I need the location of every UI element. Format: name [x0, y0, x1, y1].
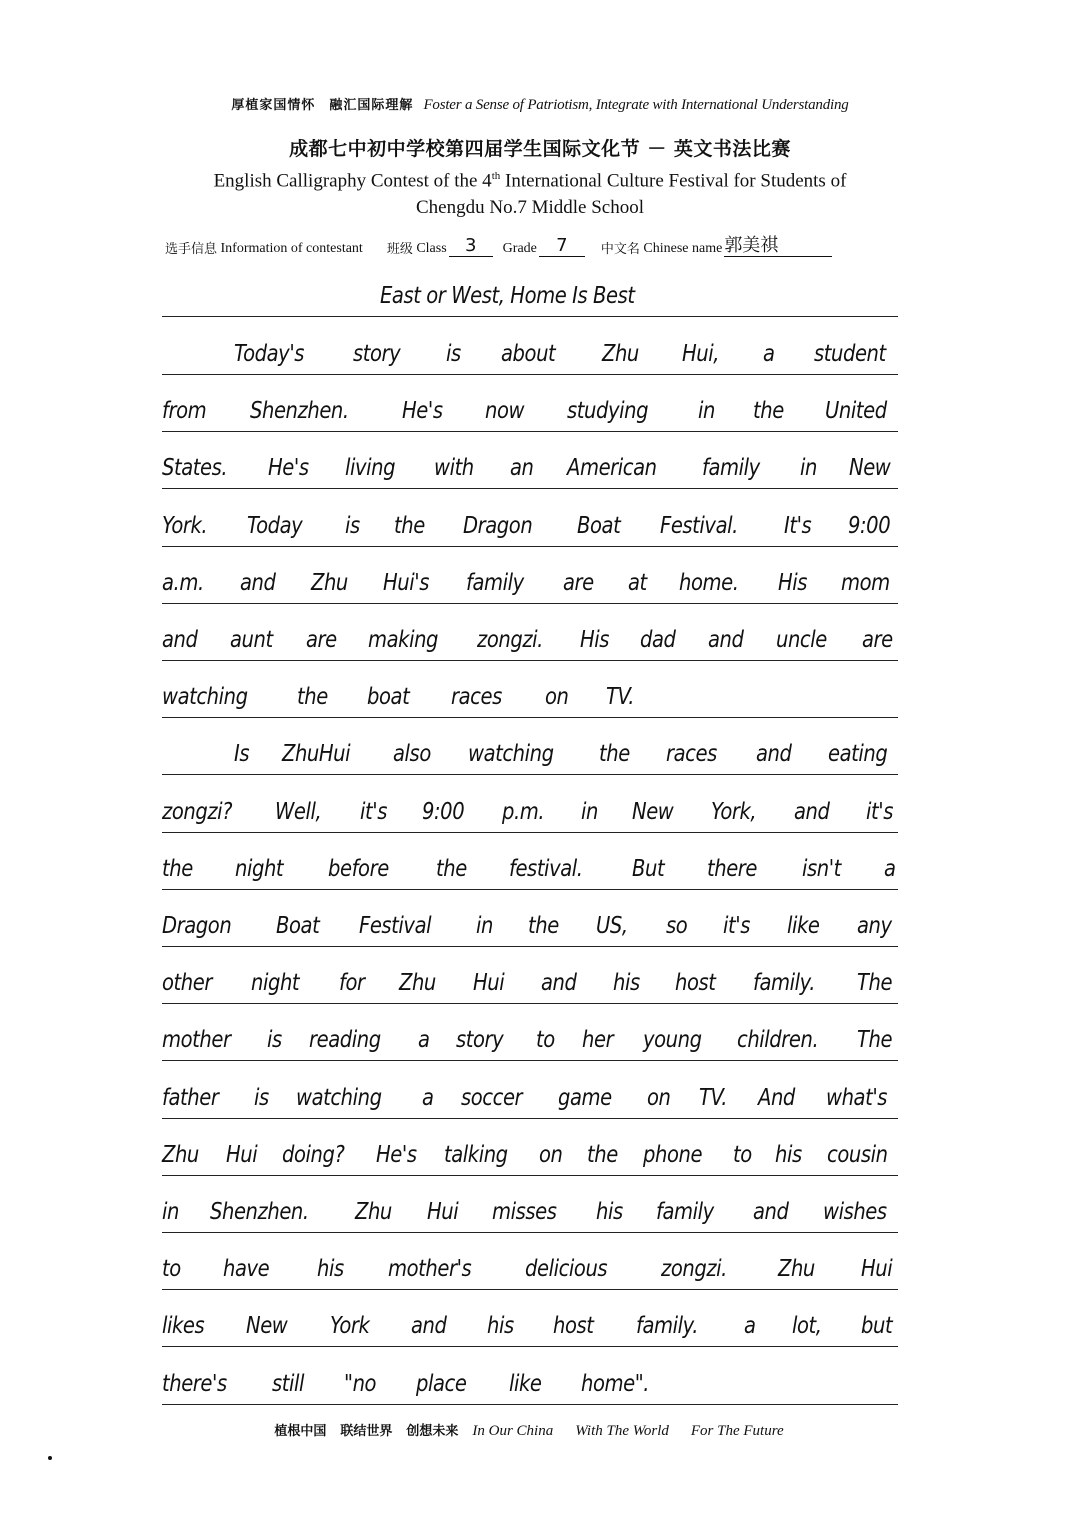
essay-word: His [580, 620, 609, 660]
essay-word: likes [162, 1306, 204, 1346]
contest-title-en: English Calligraphy Contest of the 4th I… [170, 163, 890, 221]
title-en-sup: th [492, 170, 501, 182]
paper-speck [48, 1456, 52, 1460]
essay-word: "no [344, 1364, 376, 1404]
essay-line: DragonBoatFestivalintheUS,soit'slikeany [162, 906, 898, 947]
essay-word: He's [402, 391, 443, 431]
essay-word: Dragon [162, 906, 231, 946]
essay-word: and [708, 620, 744, 660]
essay-word: 9:00 [422, 792, 464, 832]
info-label-en: Information of contestant [221, 241, 363, 257]
essay-word: TV. [606, 677, 634, 717]
essay-word: a [744, 1306, 756, 1346]
essay-word: the [753, 391, 784, 431]
essay-word: also [393, 734, 431, 774]
essay-word: at [628, 563, 647, 603]
essay-line: thenightbeforethefestival.Butthereisn'ta [162, 849, 898, 890]
essay-word: there [707, 849, 757, 889]
essay-word: York, [711, 792, 756, 832]
essay-line: watchingtheboatracesonTV. [162, 677, 898, 718]
essay-line: zongzi?Well,it's9:00p.m.inNewYork,andit'… [162, 792, 898, 833]
footer-cn-3: 创想未来 [406, 1424, 458, 1439]
essay-word: in [162, 1192, 179, 1232]
essay-word: family [656, 1192, 714, 1232]
title-en-part1: English Calligraphy Contest of the 4 [214, 170, 492, 191]
essay-word: New [849, 448, 890, 488]
essay-word: like [509, 1364, 542, 1404]
essay-word: Zhu [602, 334, 639, 374]
essay-word: are [862, 620, 893, 660]
footer-en-1: In Our China [472, 1423, 553, 1439]
essay-line: York.TodayistheDragonBoatFestival.It's9:… [162, 506, 898, 547]
essay-word: But [632, 849, 664, 889]
essay-word: American [567, 448, 657, 488]
essay-word: for [339, 963, 365, 1003]
essay-word: races [666, 734, 717, 774]
essay-word: have [223, 1249, 269, 1289]
essay-word: family. [753, 963, 815, 1003]
essay-word: the [162, 849, 193, 889]
essay-word: a [418, 1020, 430, 1060]
essay-line: fromShenzhen.He'snowstudyingintheUnited [162, 391, 898, 432]
essay-word: father [162, 1078, 218, 1118]
essay-word: studying [567, 391, 648, 431]
essay-word: Boat [276, 906, 319, 946]
essay-word: York. [162, 506, 207, 546]
essay-word: Festival [359, 906, 431, 946]
essay-word: and [240, 563, 276, 603]
essay-word: and [753, 1192, 789, 1232]
essay-title: East or West, Home Is Best [380, 276, 635, 316]
essay-word: Today [247, 506, 302, 546]
essay-word: his [613, 963, 640, 1003]
essay-word: her [582, 1020, 613, 1060]
essay-word: from [162, 391, 206, 431]
essay-word: there's [162, 1364, 227, 1404]
motto-en: Foster a Sense of Patriotism, Integrate … [423, 97, 848, 113]
essay-word: reading [309, 1020, 381, 1060]
essay-word: Hui [473, 963, 504, 1003]
essay-word: Hui [226, 1135, 257, 1175]
essay-line: Today'sstoryisaboutZhuHui,astudent [162, 334, 898, 375]
essay-word: family. [636, 1306, 698, 1346]
essay-word: The [857, 1020, 892, 1060]
essay-word: and [756, 734, 792, 774]
essay-word: Shenzhen. [210, 1192, 309, 1232]
essay-word: Zhu [778, 1249, 815, 1289]
essay-word: any [857, 906, 892, 946]
essay-line: othernightforZhuHuiandhishostfamily.The [162, 963, 898, 1004]
essay-word: it's [723, 906, 750, 946]
essay-word: host [553, 1306, 594, 1346]
essay-word: on [539, 1135, 563, 1175]
essay-word: to [733, 1135, 752, 1175]
motto-cn-1: 厚植家国情怀 [231, 98, 315, 113]
essay-word: is [446, 334, 461, 374]
essay-word: home. [679, 563, 739, 603]
contestant-info: 选手信息 Information of contestant 班级 Class … [165, 236, 900, 257]
essay-word: night [235, 849, 283, 889]
essay-word: is [254, 1078, 269, 1118]
essay-word: what's [826, 1078, 887, 1118]
essay-word: in [581, 792, 598, 832]
class-label-en: Class [416, 241, 446, 257]
essay-word: so [666, 906, 687, 946]
essay-line: there'sstill"noplacelikehome". [162, 1364, 898, 1405]
essay-word: it's [866, 792, 893, 832]
essay-word: about [501, 334, 555, 374]
essay-word: before [328, 849, 389, 889]
essay-word: eating [828, 734, 887, 774]
footer-en-3: For The Future [691, 1423, 784, 1439]
essay-word: and [794, 792, 830, 832]
essay-word: p.m. [502, 792, 544, 832]
essay-word: Zhu [355, 1192, 392, 1232]
essay-word: Today's [234, 334, 304, 374]
essay-word: Hui's [383, 563, 429, 603]
essay-word: watching [162, 677, 248, 717]
essay-word: family [466, 563, 524, 603]
essay-word: other [162, 963, 212, 1003]
essay-word: family [702, 448, 760, 488]
essay-word: Zhu [162, 1135, 199, 1175]
essay-word: soccer [461, 1078, 522, 1118]
essay-word: still [272, 1364, 304, 1404]
essay-line: States.He'slivingwithanAmericanfamilyinN… [162, 448, 898, 489]
essay-word: Dragon [463, 506, 532, 546]
essay-word: zongzi. [477, 620, 543, 660]
essay-title-line: East or West, Home Is Best [162, 276, 898, 317]
essay-word: are [563, 563, 594, 603]
essay-word: his [775, 1135, 802, 1175]
essay-word: watching [296, 1078, 382, 1118]
essay-word: children. [737, 1020, 818, 1060]
essay-word: zongzi. [661, 1249, 727, 1289]
essay-word: and [541, 963, 577, 1003]
essay-word: United [825, 391, 887, 431]
essay-word: and [162, 620, 198, 660]
essay-word: mother's [388, 1249, 471, 1289]
name-label-cn: 中文名 [601, 238, 640, 257]
essay-line: a.m.andZhuHui'sfamilyareathome.Hismom [162, 563, 898, 604]
essay-word: watching [468, 734, 554, 774]
header-motto: 厚植家国情怀融汇国际理解Foster a Sense of Patriotism… [0, 94, 1080, 114]
essay-word: on [545, 677, 569, 717]
essay-line: IsZhuHuialsowatchingtheracesandeating [162, 734, 898, 775]
essay-line: ZhuHuidoing?He'stalkingonthephonetohisco… [162, 1135, 898, 1176]
grade-label: Grade [503, 241, 537, 257]
essay-word: with [434, 448, 474, 488]
essay-word: young [643, 1020, 702, 1060]
motto-cn-2: 融汇国际理解 [329, 98, 413, 113]
essay-word: is [345, 506, 360, 546]
title-en-part2: International Culture Festival for Stude… [500, 170, 846, 191]
essay-word: US, [596, 906, 628, 946]
title-en-line2: Chengdu No.7 Middle School [416, 197, 644, 218]
essay-word: a [763, 334, 775, 374]
essay-word: boat [367, 677, 409, 717]
essay-word: to [536, 1020, 555, 1060]
essay-word: to [162, 1249, 181, 1289]
essay-word: Festival. [660, 506, 738, 546]
essay-word: uncle [776, 620, 827, 660]
essay-word: 9:00 [848, 506, 890, 546]
essay-line: likesNewYorkandhishostfamily.alot,but [162, 1306, 898, 1347]
essay-word: And [758, 1078, 795, 1118]
essay-word: is [267, 1020, 282, 1060]
essay-word: his [596, 1192, 623, 1232]
essay-word: it's [360, 792, 387, 832]
essay-line: andauntaremakingzongzi.Hisdadanduncleare [162, 620, 898, 661]
essay-word: in [800, 448, 817, 488]
class-value: 3 [449, 236, 493, 257]
essay-word: doing? [282, 1135, 344, 1175]
essay-word: cousin [827, 1135, 888, 1175]
essay-word: living [345, 448, 395, 488]
essay-word: States. [162, 448, 227, 488]
essay-word: student [814, 334, 886, 374]
essay-word: wishes [823, 1192, 887, 1232]
essay-word: like [787, 906, 820, 946]
essay-word: races [451, 677, 502, 717]
essay-word: He's [376, 1135, 417, 1175]
essay-word: TV. [699, 1078, 727, 1118]
essay-word: dad [640, 620, 676, 660]
essay-word: but [861, 1306, 892, 1346]
essay-word: game [558, 1078, 612, 1118]
essay-word: his [317, 1249, 344, 1289]
essay-word: the [436, 849, 467, 889]
essay-word: a [884, 849, 896, 889]
essay-word: Boat [577, 506, 620, 546]
name-label-en: Chinese name [643, 241, 722, 257]
essay-line: motherisreadingastorytoheryoungchildren.… [162, 1020, 898, 1061]
essay-word: host [675, 963, 716, 1003]
essay-word: Is [234, 734, 249, 774]
essay-word: now [485, 391, 524, 431]
essay-word: Hui, [682, 334, 719, 374]
essay-word: the [297, 677, 328, 717]
essay-line: inShenzhen.ZhuHuimisseshisfamilyandwishe… [162, 1192, 898, 1233]
essay-word: Shenzhen. [250, 391, 349, 431]
footer-en-2: With The World [575, 1423, 669, 1439]
essay-word: a.m. [162, 563, 204, 603]
essay-word: mother [162, 1020, 231, 1060]
essay-word: home". [581, 1364, 649, 1404]
essay-word: Zhu [399, 963, 436, 1003]
essay-word: talking [444, 1135, 508, 1175]
essay-word: lot, [792, 1306, 822, 1346]
footer-cn-1: 植根中国 [274, 1424, 326, 1439]
essay-word: New [632, 792, 673, 832]
essay-line: fatheriswatchingasoccergameonTV.Andwhat'… [162, 1078, 898, 1119]
essay-word: an [510, 448, 534, 488]
info-label-cn: 选手信息 [165, 238, 217, 257]
essay-word: phone [643, 1135, 702, 1175]
essay-word: night [251, 963, 299, 1003]
essay-word: place [416, 1364, 466, 1404]
essay-word: making [368, 620, 438, 660]
class-label-cn: 班级 [387, 238, 413, 257]
essay-word: the [528, 906, 559, 946]
essay-word: and [411, 1306, 447, 1346]
essay-word: He's [268, 448, 309, 488]
essay-word: It's [784, 506, 811, 546]
essay-word: The [857, 963, 892, 1003]
essay-word: the [599, 734, 630, 774]
essay-word: York [330, 1306, 369, 1346]
grade-value: 7 [539, 236, 585, 257]
essay-word: delicious [525, 1249, 607, 1289]
footer-cn-2: 联结世界 [340, 1424, 392, 1439]
essay-word: Hui [427, 1192, 458, 1232]
essay-word: story [456, 1020, 503, 1060]
essay-word: his [487, 1306, 514, 1346]
contest-title-cn: 成都七中初中学校第四届学生国际文化节 － 英文书法比赛 [0, 134, 1080, 161]
essay-word: story [353, 334, 400, 374]
essay-line: tohavehismother'sdeliciouszongzi.ZhuHui [162, 1249, 898, 1290]
essay-word: festival. [509, 849, 583, 889]
essay-word: the [587, 1135, 618, 1175]
essay-word: in [476, 906, 493, 946]
essay-word: Zhu [311, 563, 348, 603]
footer-slogan: 植根中国联结世界创想未来In Our ChinaWith The WorldFo… [0, 1420, 1080, 1440]
essay-word: zongzi? [162, 792, 232, 832]
essay-word: misses [492, 1192, 557, 1232]
essay-word: a [422, 1078, 434, 1118]
essay-word: the [394, 506, 425, 546]
essay-word: aunt [230, 620, 273, 660]
essay-word: in [698, 391, 715, 431]
essay-word: on [647, 1078, 671, 1118]
essay-word: mom [841, 563, 890, 603]
essay-word: New [246, 1306, 287, 1346]
chinese-name-value: 郭美祺 [724, 236, 832, 257]
essay-word: are [306, 620, 337, 660]
essay-word: isn't [802, 849, 841, 889]
essay-word: His [778, 563, 807, 603]
essay-word: Well, [275, 792, 321, 832]
essay-word: Hui [861, 1249, 892, 1289]
essay-word: ZhuHui [282, 734, 350, 774]
